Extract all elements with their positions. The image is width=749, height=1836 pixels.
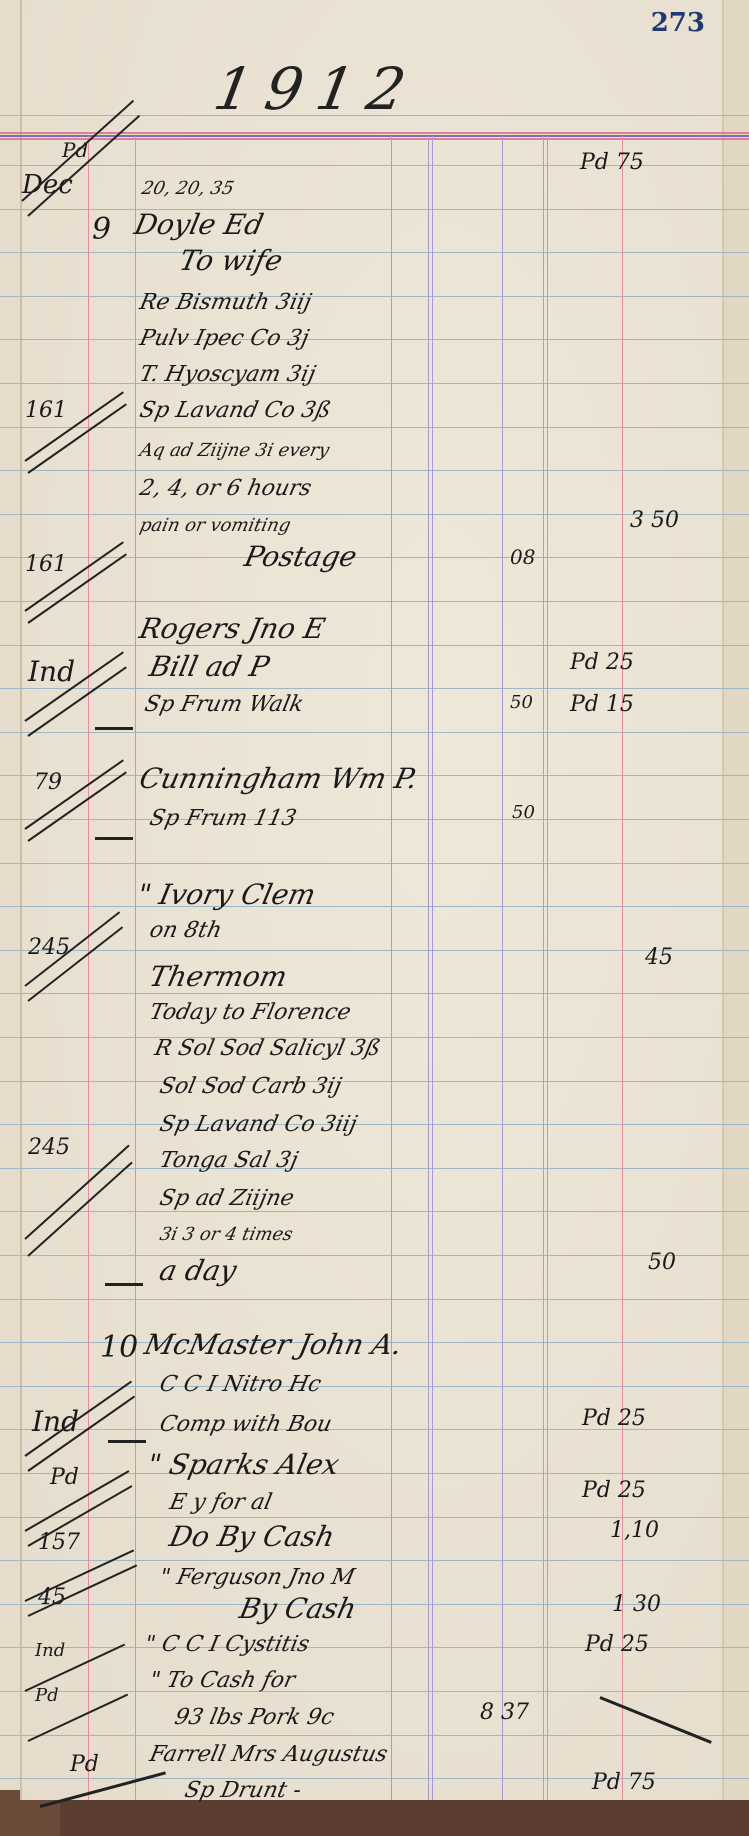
column-rule [622, 136, 623, 1800]
entry-line: To wife [176, 244, 285, 277]
ruled-line [0, 1386, 749, 1387]
ruled-line [0, 470, 749, 471]
column-rule [502, 136, 503, 1800]
ruled-line [0, 819, 749, 820]
entry-line: Tonga Sal 3j [157, 1148, 300, 1173]
entry-line: Sp Drunt - [182, 1778, 303, 1803]
customer-name: " Sparks Alex [144, 1448, 342, 1481]
customer-name: Farrell Mrs Augustus [147, 1742, 390, 1767]
entry-line: Re Bismuth 3iij [137, 290, 313, 315]
column-rule [391, 136, 392, 1800]
ruled-line [0, 383, 749, 384]
day-label: 10 [100, 1330, 138, 1365]
paid-mark: Pd [50, 1465, 79, 1490]
book-cover-edge [60, 1800, 749, 1836]
column-rule [428, 136, 429, 1800]
paid-mark: Pd [35, 1685, 59, 1706]
closing-dash [95, 727, 133, 730]
ruled-line [0, 1473, 749, 1474]
ref-number: 161 [25, 398, 67, 423]
column-rule [547, 136, 548, 1800]
right-page-stack [720, 0, 749, 1800]
paid-mark: Pd [70, 1752, 99, 1777]
sub-amount: 8 37 [480, 1700, 529, 1725]
entry-line: Comp with Bou [157, 1412, 334, 1437]
ruled-line [0, 732, 749, 733]
amount: Pd 75 [580, 150, 644, 175]
customer-name: " C C I Cystitis [142, 1632, 311, 1657]
customer-name: Doyle Ed [131, 208, 266, 241]
closing-dash [108, 1440, 146, 1443]
ruled-line [0, 1735, 749, 1736]
column-rule [88, 136, 89, 1800]
entry-line: By Cash [236, 1592, 359, 1625]
ruled-line [0, 427, 749, 428]
entry-line: Sp ad Ziijne [157, 1186, 296, 1211]
column-rule [543, 136, 544, 1800]
entry-line: Today to Florence [147, 1000, 353, 1025]
ruled-line [0, 209, 749, 210]
entry-line: Aq ad Ziijne 3i every [138, 440, 331, 461]
ruled-line [0, 1168, 749, 1169]
ruled-line [0, 906, 749, 907]
ruled-line [0, 1299, 749, 1300]
amount: Pd 25 [585, 1632, 649, 1657]
entry-line: a day [156, 1254, 239, 1287]
entry-line: 3i 3 or 4 times [158, 1224, 295, 1245]
ruled-line [0, 950, 749, 951]
amount: Pd 15 [570, 692, 634, 717]
entry-line: E y for al [167, 1490, 274, 1515]
ruled-line [0, 601, 749, 602]
amount: 1,10 [610, 1518, 659, 1543]
ruled-line [0, 557, 749, 558]
amount: Pd 25 [582, 1406, 646, 1431]
entry-line: Sp Lavand Co 3ß [137, 398, 333, 423]
closing-dash [105, 1283, 143, 1286]
note-text: 20, 20, 35 [140, 178, 236, 199]
customer-name: Rogers Jno E [136, 612, 328, 645]
entry-line: 93 lbs Pork 9c [172, 1705, 336, 1730]
customer-name: " To Cash for [147, 1668, 297, 1693]
ruled-line [0, 688, 749, 689]
column-rule [432, 136, 433, 1800]
entry-line: Sol Sod Carb 3ij [157, 1074, 343, 1099]
entry-line: Bill ad P [146, 650, 272, 683]
entry-line: Postage [241, 540, 359, 573]
amount: Pd 75 [592, 1770, 656, 1795]
ref-number: 161 [25, 552, 67, 577]
amount: 50 [648, 1250, 676, 1275]
ruled-line [0, 993, 749, 994]
entry-line: T. Hyoscyam 3ij [137, 362, 317, 387]
customer-name: Cunningham Wm P. [136, 762, 420, 795]
closing-dash [95, 837, 133, 840]
customer-name: " Ferguson Jno M [157, 1565, 357, 1590]
header-rule [0, 135, 749, 137]
ruled-line [0, 252, 749, 253]
customer-name: Do By Cash [166, 1520, 337, 1553]
sub-amount: 08 [510, 545, 535, 569]
customer-name: " Ivory Clem [134, 878, 318, 911]
ruled-line [0, 645, 749, 646]
ref-number: 245 [28, 1135, 70, 1160]
entry-line: Pulv Ipec Co 3j [137, 326, 311, 351]
ruled-line [0, 863, 749, 864]
amount: Pd 25 [582, 1478, 646, 1503]
sub-amount: 50 [512, 802, 535, 823]
entry-line: Sp Frum 113 [147, 806, 298, 831]
page-number: 273 [651, 8, 705, 38]
entry-line: 2, 4, or 6 hours [137, 476, 313, 501]
header-rule [0, 132, 749, 134]
ref-number: 157 [38, 1530, 80, 1555]
amount: 1 30 [612, 1592, 661, 1617]
entry-line: pain or vomiting [138, 515, 293, 536]
ruled-line [0, 1255, 749, 1256]
ruled-line [0, 1124, 749, 1125]
ruled-line [0, 1211, 749, 1212]
amount: 45 [645, 945, 673, 970]
ref-number: 79 [34, 770, 62, 795]
day-label: 9 [92, 212, 111, 247]
entry-line: on 8th [147, 918, 224, 943]
ruled-line [0, 296, 749, 297]
column-rule [135, 136, 136, 1800]
ind-mark: Ind [28, 655, 75, 688]
ruled-line [0, 1081, 749, 1082]
customer-name: McMaster John A. [141, 1328, 404, 1361]
entry-line: R Sol Sod Salicyl 3ß [152, 1036, 382, 1061]
entry-line: Sp Lavand Co 3iij [157, 1112, 359, 1137]
ruled-line [0, 1691, 749, 1692]
entry-line: Sp Frum Walk [142, 692, 305, 717]
year-heading: 1912 [209, 55, 425, 123]
ind-mark: Ind [35, 1640, 65, 1661]
sub-amount: 50 [510, 692, 533, 713]
entry-line: C C I Nitro Hc [157, 1372, 323, 1397]
entry-line: Thermom [146, 960, 290, 993]
ruled-line [0, 339, 749, 340]
amount: Pd 25 [570, 650, 634, 675]
amount: 3 50 [630, 508, 679, 533]
